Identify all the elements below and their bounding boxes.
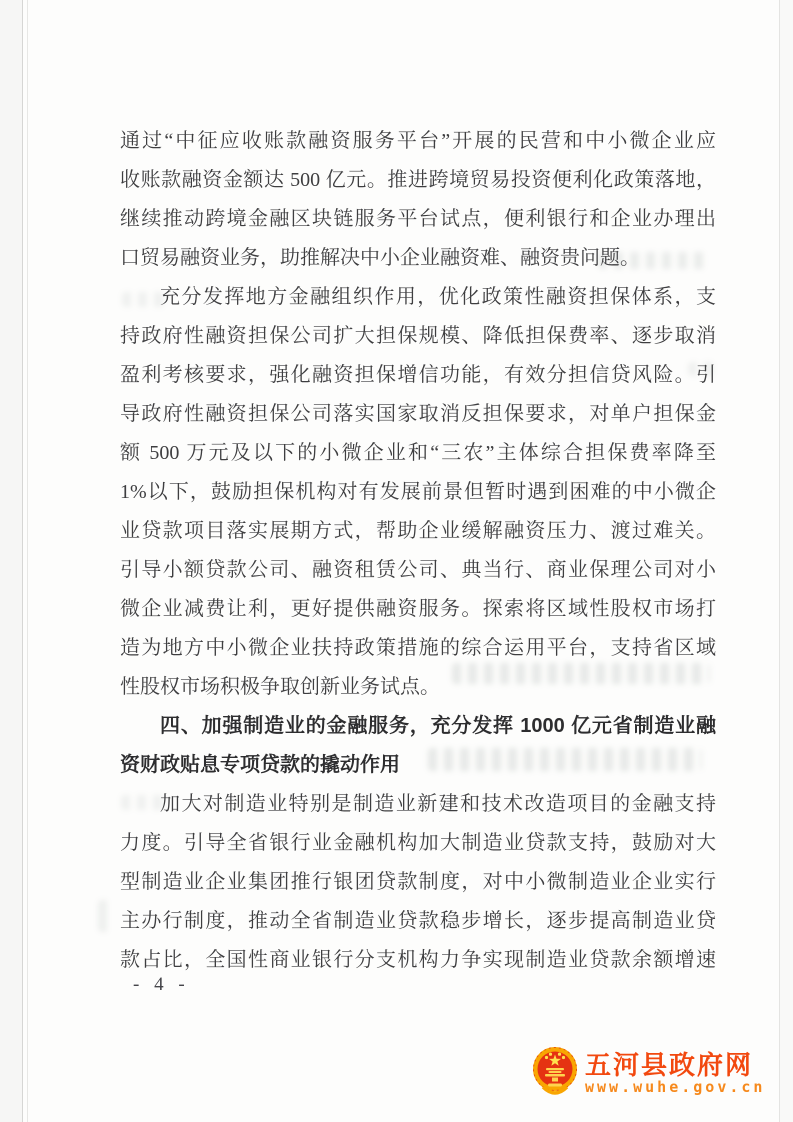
text-line: 充分发挥地方金融组织作用，优化政策性融资担保体系，支 (120, 278, 716, 317)
text-line: 加大对制造业特别是制造业新建和技术改造项目的金融支持 (120, 785, 716, 824)
text-line: 微企业减费让利，更好提供融资服务。探索将区域性股权市场打 (120, 590, 716, 629)
scan-edge-right (780, 0, 793, 1122)
text-line: 盈利考核要求，强化融资担保增信功能，有效分担信贷风险。引 (120, 356, 716, 395)
text-line: 通过“中征应收账款融资服务平台”开展的民营和中小微企业应 (120, 122, 716, 161)
section-heading-line: 资财政贴息专项贷款的撬动作用 (120, 746, 716, 785)
site-url: www.wuhe.gov.cn (585, 1079, 765, 1096)
scan-smudge (98, 900, 114, 932)
gov-site-text: 五河县政府网 www.wuhe.gov.cn (585, 1045, 765, 1096)
page-number: - 4 - (133, 974, 190, 996)
text-line: 性股权市场积极争取创新业务试点。 (120, 668, 716, 707)
text-line: 额 500 万元及以下的小微企业和“三农”主体综合担保费率降至 (120, 434, 716, 473)
section-heading-line: 四、加强制造业的金融服务，充分发挥 1000 亿元省制造业融 (120, 707, 716, 746)
text-line: 1%以下，鼓励担保机构对有发展前景但暂时遇到困难的中小微企 (120, 473, 716, 512)
text-line: 款占比，全国性商业银行分支机构力争实现制造业贷款余额增速 (120, 941, 716, 980)
text-line: 力度。引导全省银行业金融机构加大制造业贷款支持，鼓励对大 (120, 824, 716, 863)
document-text-block: 通过“中征应收账款融资服务平台”开展的民营和中小微企业应 收账款融资金额达 50… (120, 122, 716, 980)
text-line: 业贷款项目落实展期方式，帮助企业缓解融资压力、渡过难关。 (120, 512, 716, 551)
text-line: 主办行制度，推动全省制造业贷款稳步增长，逐步提高制造业贷 (120, 902, 716, 941)
scan-line-left-2 (27, 0, 28, 1122)
scan-edge-left (0, 0, 22, 1122)
text-line: 持政府性融资担保公司扩大担保规模、降低担保费率、逐步取消 (120, 317, 716, 356)
text-line: 引导小额贷款公司、融资租赁公司、典当行、商业保理公司对小 (120, 551, 716, 590)
text-line: 型制造业企业集团推行银团贷款制度，对中小微制造业企业实行 (120, 863, 716, 902)
scanned-document-page: 通过“中征应收账款融资服务平台”开展的民营和中小微企业应 收账款融资金额达 50… (0, 0, 793, 1122)
scan-line-left-1 (22, 0, 23, 1122)
text-line: 口贸易融资业务，助推解决中小企业融资难、融资贵问题。 (120, 239, 716, 278)
national-emblem-icon (531, 1045, 579, 1099)
gov-site-watermark: 五河县政府网 www.wuhe.gov.cn (531, 1045, 765, 1099)
text-line: 收账款融资金额达 500 亿元。推进跨境贸易投资便利化政策落地， (120, 161, 716, 200)
text-line: 继续推动跨境金融区块链服务平台试点，便利银行和企业办理出 (120, 200, 716, 239)
text-line: 导政府性融资担保公司落实国家取消反担保要求，对单户担保金 (120, 395, 716, 434)
text-line: 造为地方中小微企业扶持政策措施的综合运用平台，支持省区域 (120, 629, 716, 668)
site-name: 五河县政府网 (585, 1051, 765, 1079)
